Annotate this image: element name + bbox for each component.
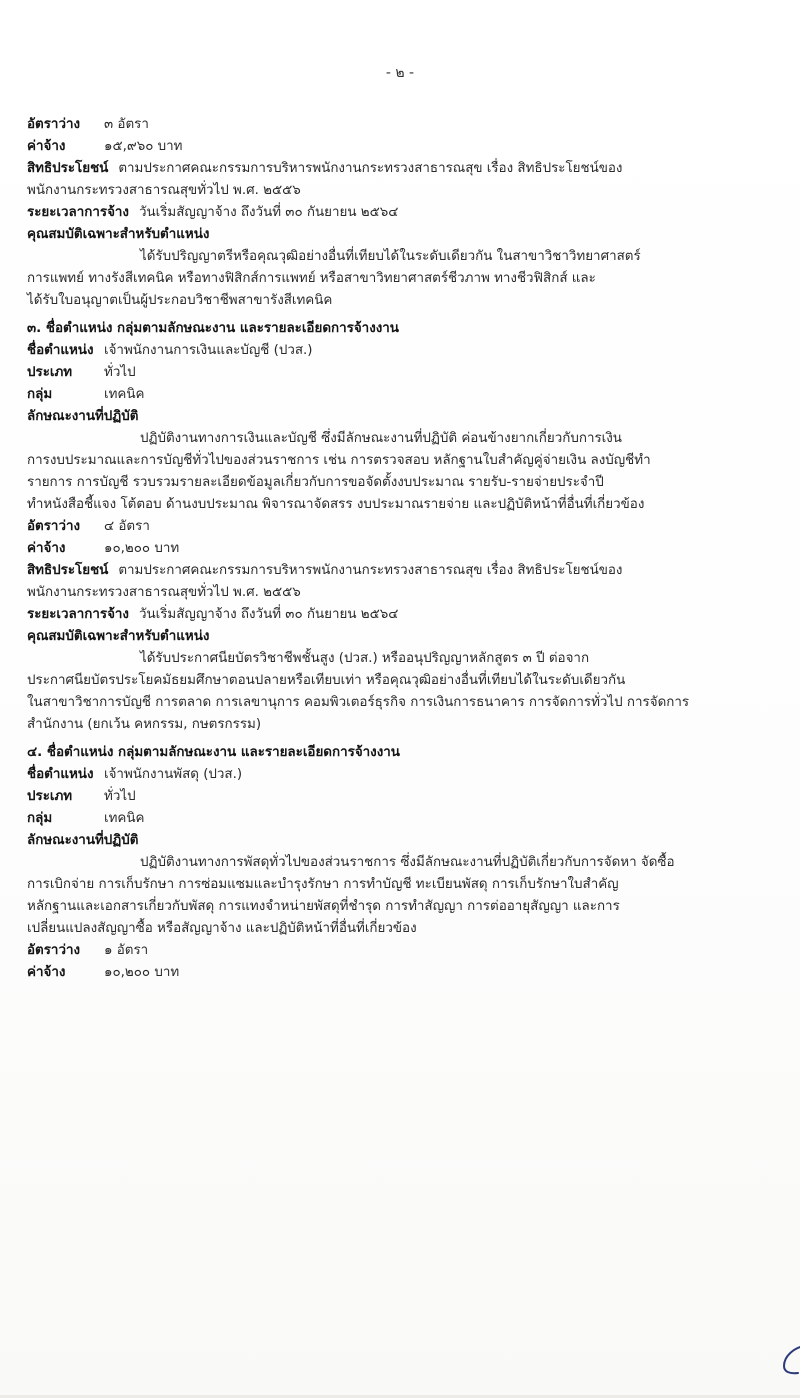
salary-label: ค่าจ้าง xyxy=(27,136,104,158)
duties-text: ปฏิบัติงานทางการพัสดุทั่วไปของส่วนราชการ… xyxy=(140,855,675,870)
benefits-label: สิทธิประโยชน์ xyxy=(27,560,108,582)
benefits-label: สิทธิประโยชน์ xyxy=(27,158,108,180)
duties-line: เปลี่ยนแปลงสัญญาซื้อ หรือสัญญาจ้าง และปฏ… xyxy=(27,918,775,940)
type-row: ประเภท ทั่วไป xyxy=(27,786,775,808)
duties-heading: ลักษณะงานที่ปฏิบัติ xyxy=(27,830,775,852)
duties-line: หลักฐานและเอกสารเกี่ยวกับพัสดุ การแทงจำห… xyxy=(27,896,775,918)
employment-period-label: ระยะเวลาการจ้าง xyxy=(27,604,129,626)
group-label: กลุ่ม xyxy=(27,808,104,830)
position-row: ชื่อตำแหน่ง เจ้าพนักงานการเงินและบัญชี (… xyxy=(27,340,775,362)
qualifications-text: ได้รับประกาศนียบัตรวิชาชีพชั้นสูง (ปวส.)… xyxy=(140,651,589,666)
salary-value: ๑๐,๒๐๐ บาท xyxy=(104,538,179,560)
vacancy-value: ๓ อัตรา xyxy=(104,114,149,136)
type-value: ทั่วไป xyxy=(104,786,136,808)
vacancy-row: อัตราว่าง ๑ อัตรา xyxy=(27,940,775,962)
vacancy-value: ๑ อัตรา xyxy=(104,940,148,962)
qualifications-line: ได้รับประกาศนียบัตรวิชาชีพชั้นสูง (ปวส.)… xyxy=(27,648,775,670)
duties-line: ปฏิบัติงานทางการเงินและบัญชี ซึ่งมีลักษณ… xyxy=(27,428,775,450)
position-label: ชื่อตำแหน่ง xyxy=(27,764,104,786)
salary-value: ๑๐,๒๐๐ บาท xyxy=(104,962,179,984)
section-3-title: ๓. ชื่อตำแหน่ง กลุ่มตามลักษณะงาน และรายล… xyxy=(27,318,775,340)
qualifications-line: ประกาศนียบัตรประโยคมัธยมศึกษาตอนปลายหรือ… xyxy=(27,670,775,692)
qualifications-line: ได้รับใบอนุญาตเป็นผู้ประกอบวิชาชีพสาขารั… xyxy=(27,290,775,312)
document-page: - ๒ - อัตราว่าง ๓ อัตรา ค่าจ้าง ๑๕,๙๖๐ บ… xyxy=(0,0,800,1398)
salary-label: ค่าจ้าง xyxy=(27,962,104,984)
position-value: เจ้าพนักงานการเงินและบัญชี (ปวส.) xyxy=(104,340,313,362)
duties-text: ปฏิบัติงานทางการเงินและบัญชี ซึ่งมีลักษณ… xyxy=(140,431,622,446)
type-label: ประเภท xyxy=(27,786,104,808)
position-value: เจ้าพนักงานพัสดุ (ปวส.) xyxy=(104,764,242,786)
qualifications-line: การแพทย์ ทางรังสีเทคนิค หรือทางฟิสิกส์กา… xyxy=(27,268,775,290)
qualifications-text: ได้รับปริญญาตรีหรือคุณวุฒิอย่างอื่นที่เท… xyxy=(140,249,641,264)
benefits-value: ตามประกาศคณะกรรมการบริหารพนักงานกระทรวงส… xyxy=(118,560,622,582)
salary-value: ๑๕,๙๖๐ บาท xyxy=(104,136,182,158)
duties-line: รายการ การบัญชี รวบรวมรายละเอียดข้อมูลเก… xyxy=(27,472,775,494)
benefits-continuation: พนักงานกระทรวงสาธารณสุขทั่วไป พ.ศ. ๒๕๕๖ xyxy=(27,582,775,604)
qualifications-line: ในสาขาวิชาการบัญชี การตลาด การเลขานุการ … xyxy=(27,692,775,714)
qualifications-heading: คุณสมบัติเฉพาะสำหรับตำแหน่ง xyxy=(27,224,775,246)
salary-row: ค่าจ้าง ๑๐,๒๐๐ บาท xyxy=(27,962,775,984)
salary-row: ค่าจ้าง ๑๐,๒๐๐ บาท xyxy=(27,538,775,560)
type-label: ประเภท xyxy=(27,362,104,384)
section-4-title: ๔. ชื่อตำแหน่ง กลุ่มตามลักษณะงาน และรายล… xyxy=(27,742,775,764)
type-value: ทั่วไป xyxy=(104,362,136,384)
benefits-continuation: พนักงานกระทรวงสาธารณสุขทั่วไป พ.ศ. ๒๕๕๖ xyxy=(27,180,775,202)
duties-line: ทำหนังสือชี้แจง โต้ตอบ ด้านงบประมาณ พิจา… xyxy=(27,494,775,516)
duties-line: การเบิกจ่าย การเก็บรักษา การซ่อมแซมและบำ… xyxy=(27,874,775,896)
type-row: ประเภท ทั่วไป xyxy=(27,362,775,384)
position-row: ชื่อตำแหน่ง เจ้าพนักงานพัสดุ (ปวส.) xyxy=(27,764,775,786)
employment-period-label: ระยะเวลาการจ้าง xyxy=(27,202,129,224)
vacancy-value: ๔ อัตรา xyxy=(104,516,150,538)
qualifications-line: สำนักงาน (ยกเว้น คหกรรม, กษตรกรรม) xyxy=(27,714,775,736)
group-value: เทคนิค xyxy=(104,808,144,830)
salary-row: ค่าจ้าง ๑๕,๙๖๐ บาท xyxy=(27,136,775,158)
employment-period-value: วันเริ่มสัญญาจ้าง ถึงวันที่ ๓๐ กันยายน ๒… xyxy=(139,604,398,626)
duties-line: การงบประมาณและการบัญชีทั่วไปของส่วนราชกา… xyxy=(27,450,775,472)
group-label: กลุ่ม xyxy=(27,384,104,406)
duties-line: ปฏิบัติงานทางการพัสดุทั่วไปของส่วนราชการ… xyxy=(27,852,775,874)
benefits-row: สิทธิประโยชน์ ตามประกาศคณะกรรมการบริหารพ… xyxy=(27,560,775,582)
group-row: กลุ่ม เทคนิค xyxy=(27,808,775,830)
position-label: ชื่อตำแหน่ง xyxy=(27,340,104,362)
benefits-value: ตามประกาศคณะกรรมการบริหารพนักงานกระทรวงส… xyxy=(118,158,622,180)
benefits-row: สิทธิประโยชน์ ตามประกาศคณะกรรมการบริหารพ… xyxy=(27,158,775,180)
page-number: - ๒ - xyxy=(0,62,800,84)
vacancy-row: อัตราว่าง ๓ อัตรา xyxy=(27,114,775,136)
salary-label: ค่าจ้าง xyxy=(27,538,104,560)
vacancy-row: อัตราว่าง ๔ อัตรา xyxy=(27,516,775,538)
qualifications-heading: คุณสมบัติเฉพาะสำหรับตำแหน่ง xyxy=(27,626,775,648)
document-body: อัตราว่าง ๓ อัตรา ค่าจ้าง ๑๕,๙๖๐ บาท สิท… xyxy=(27,114,775,984)
employment-period-value: วันเริ่มสัญญาจ้าง ถึงวันที่ ๓๐ กันยายน ๒… xyxy=(139,202,398,224)
vacancy-label: อัตราว่าง xyxy=(27,940,104,962)
qualifications-line: ได้รับปริญญาตรีหรือคุณวุฒิอย่างอื่นที่เท… xyxy=(27,246,775,268)
employment-period-row: ระยะเวลาการจ้าง วันเริ่มสัญญาจ้าง ถึงวัน… xyxy=(27,202,775,224)
signature-mark-icon xyxy=(776,1340,800,1380)
vacancy-label: อัตราว่าง xyxy=(27,114,104,136)
employment-period-row: ระยะเวลาการจ้าง วันเริ่มสัญญาจ้าง ถึงวัน… xyxy=(27,604,775,626)
duties-heading: ลักษณะงานที่ปฏิบัติ xyxy=(27,406,775,428)
group-value: เทคนิค xyxy=(104,384,144,406)
vacancy-label: อัตราว่าง xyxy=(27,516,104,538)
group-row: กลุ่ม เทคนิค xyxy=(27,384,775,406)
